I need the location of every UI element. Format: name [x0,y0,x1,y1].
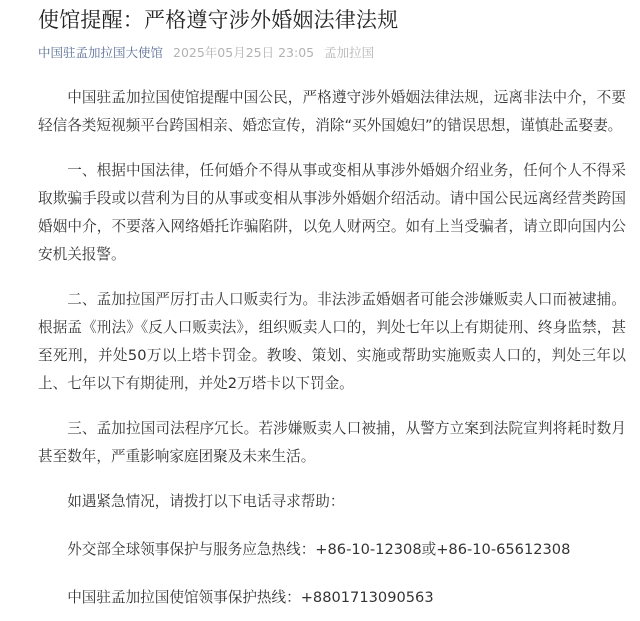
publish-location: 孟加拉国 [324,45,374,60]
paragraph-three: 三、孟加拉国司法程序冗长。若涉嫌贩卖人口被捕，从警方立案到法院宣判将耗时数月甚至… [38,415,626,471]
source-link[interactable]: 中国驻孟加拉国大使馆 [38,45,163,60]
paragraph-intro: 中国驻孟加拉国使馆提醒中国公民，严格遵守涉外婚姻法律法规，远离非法中介，不要轻信… [38,84,626,140]
publish-time: 2025年05月25日 23:05 [173,45,314,60]
paragraph-one: 一、根据中国法律，任何婚介不得从事或变相从事涉外婚姻介绍业务，任何个人不得采取欺… [38,157,626,269]
article: 使馆提醒：严格遵守涉外婚姻法律法规 中国驻孟加拉国大使馆 2025年05月25日… [0,0,640,612]
article-meta: 中国驻孟加拉国大使馆 2025年05月25日 23:05 孟加拉国 [38,44,626,62]
hotline-embassy: 中国驻孟加拉国使馆领事保护热线：+8801713090563 [38,584,626,612]
article-title: 使馆提醒：严格遵守涉外婚姻法律法规 [38,0,626,35]
paragraph-two: 二、孟加拉国严厉打击人口贩卖行为。非法涉孟婚姻者可能会涉嫌贩卖人口而被逮捕。根据… [38,286,626,398]
contact-intro: 如遇紧急情况，请拨打以下电话寻求帮助： [38,488,626,516]
hotline-mfa: 外交部全球领事保护与服务应急热线：+86-10-12308或+86-10-656… [38,536,626,564]
article-body: 中国驻孟加拉国使馆提醒中国公民，严格遵守涉外婚姻法律法规，远离非法中介，不要轻信… [38,84,626,612]
